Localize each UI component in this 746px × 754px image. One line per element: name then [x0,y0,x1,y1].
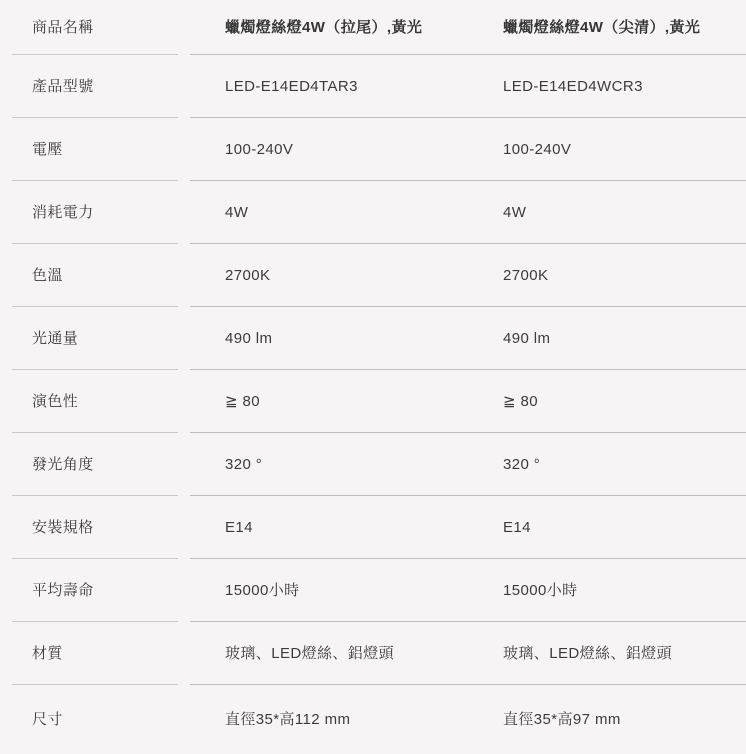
spec-value-product1: 直徑35*高112 mm [225,710,503,730]
table-row-power-consumption: 消耗電力 4W 4W [0,181,746,244]
spec-value-product2: 直徑35*高97 mm [503,710,746,730]
spec-value-product1: 4W [225,203,503,223]
table-row-color-temperature: 色溫 2700K 2700K [0,244,746,307]
spec-value-product2: 蠟燭燈絲燈4W（尖清）,黃光 [503,18,746,38]
spec-label: 產品型號 [0,77,225,97]
spec-value-product2: LED-E14ED4WCR3 [503,77,746,97]
table-row-dimensions: 尺寸 直徑35*高112 mm 直徑35*高97 mm [0,685,746,754]
spec-value-product2: E14 [503,518,746,538]
table-row-product-name: 商品名稱 蠟燭燈絲燈4W（拉尾）,黃光 蠟燭燈絲燈4W（尖清）,黃光 [0,0,746,55]
table-row-base-type: 安裝規格 E14 E14 [0,496,746,559]
spec-label: 光通量 [0,329,225,349]
spec-value-product2: ≧ 80 [503,392,746,412]
table-row-average-lifespan: 平均壽命 15000小時 15000小時 [0,559,746,622]
spec-value-product1: 2700K [225,266,503,286]
spec-label: 平均壽命 [0,581,225,601]
spec-value-product1: 玻璃、LED燈絲、鋁燈頭 [225,644,503,664]
spec-label: 消耗電力 [0,203,225,223]
spec-value-product2: 100-240V [503,140,746,160]
spec-label: 發光角度 [0,455,225,475]
table-row-cri: 演色性 ≧ 80 ≧ 80 [0,370,746,433]
spec-label: 色溫 [0,266,225,286]
spec-value-product1: 蠟燭燈絲燈4W（拉尾）,黃光 [225,18,503,38]
spec-value-product1: 320 ° [225,455,503,475]
spec-value-product1: LED-E14ED4TAR3 [225,77,503,97]
spec-value-product2: 玻璃、LED燈絲、鋁燈頭 [503,644,746,664]
table-row-material: 材質 玻璃、LED燈絲、鋁燈頭 玻璃、LED燈絲、鋁燈頭 [0,622,746,685]
spec-value-product2: 490 lm [503,329,746,349]
spec-value-product1: 15000小時 [225,581,503,601]
product-spec-table: 商品名稱 蠟燭燈絲燈4W（拉尾）,黃光 蠟燭燈絲燈4W（尖清）,黃光 產品型號 … [0,0,746,754]
spec-value-product1: 100-240V [225,140,503,160]
spec-value-product2: 4W [503,203,746,223]
spec-label: 材質 [0,644,225,664]
spec-value-product1: ≧ 80 [225,392,503,412]
table-row-beam-angle: 發光角度 320 ° 320 ° [0,433,746,496]
table-row-luminous-flux: 光通量 490 lm 490 lm [0,307,746,370]
table-row-voltage: 電壓 100-240V 100-240V [0,118,746,181]
spec-value-product1: E14 [225,518,503,538]
spec-label: 商品名稱 [0,18,225,38]
spec-label: 演色性 [0,392,225,412]
spec-label: 電壓 [0,140,225,160]
spec-value-product2: 15000小時 [503,581,746,601]
spec-value-product2: 2700K [503,266,746,286]
table-row-model-number: 產品型號 LED-E14ED4TAR3 LED-E14ED4WCR3 [0,55,746,118]
spec-value-product1: 490 lm [225,329,503,349]
spec-value-product2: 320 ° [503,455,746,475]
spec-label: 尺寸 [0,710,225,730]
spec-label: 安裝規格 [0,518,225,538]
